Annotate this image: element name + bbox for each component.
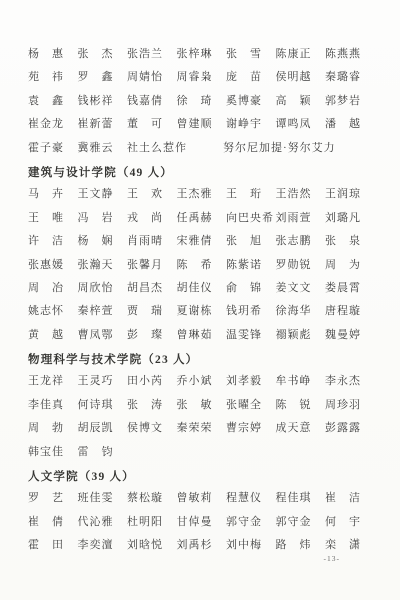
student-name: 何 宇	[325, 513, 375, 529]
student-name: 王 唯	[28, 209, 78, 225]
student-name: 王润琼	[325, 185, 375, 201]
roster-row: 马 卉王文静王 欢王杰雅王 珩王浩然王润琼	[28, 185, 378, 208]
student-name: 刘禹杉	[177, 536, 227, 552]
roster-row: 崔金龙崔新蕾董 可曾建顺谢峥宇谭鸣凤潘 越	[28, 115, 378, 138]
student-name: 李永杰	[325, 372, 375, 388]
student-name: 马 卉	[28, 185, 78, 201]
student-name: 姚志怀	[28, 302, 78, 318]
student-name: 夏谢栋	[177, 302, 227, 318]
student-name: 崔 倩	[28, 513, 78, 529]
student-name: 王龙祥	[28, 372, 78, 388]
student-name: 张 雪	[226, 45, 276, 61]
student-name: 张 旭	[226, 232, 276, 248]
student-name: 雷 钧	[78, 443, 128, 459]
student-name: 侯明越	[276, 68, 326, 84]
student-name: 袁 鑫	[28, 92, 78, 108]
student-name: 钱嘉倩	[127, 92, 177, 108]
roster: 杨 惠张 杰张浩兰张梓琳张 雪陈康正陈燕燕苑 祎罗 鑫周婧怡周睿枭庞 苗侯明越秦…	[28, 45, 378, 560]
student-name: 王灵巧	[78, 372, 128, 388]
student-name: 秦荣荣	[177, 419, 227, 435]
student-name: 曹宗婷	[226, 419, 276, 435]
student-name: 苑 祎	[28, 68, 78, 84]
student-name: 张 敏	[177, 396, 227, 412]
student-name: 罗 艺	[28, 489, 78, 505]
student-name: 陈 锐	[276, 396, 326, 412]
student-name: 社土么惹作	[127, 139, 187, 155]
student-name: 胡佳仪	[177, 279, 227, 295]
roster-row: 韩宝佳雷 钧	[28, 443, 378, 466]
student-name: 徐 琦	[177, 92, 227, 108]
student-name: 向巴央希	[226, 209, 276, 225]
student-name: 冯 岩	[78, 209, 128, 225]
student-name: 陈 希	[177, 256, 227, 272]
roster-row: 周 冶周欣怡胡昌杰胡佳仪俞 锦姜文文娄晨霄	[28, 279, 378, 302]
student-name: 俞 锦	[226, 279, 276, 295]
student-name: 霍 田	[28, 536, 78, 552]
student-name: 张 杰	[78, 45, 128, 61]
student-name: 代沁雅	[78, 513, 128, 529]
roster-row: 罗 艺班佳雯蔡松璇曾敏莉程慧仪程佳琪崔 洁	[28, 489, 378, 512]
student-name: 曾敏莉	[177, 489, 227, 505]
student-name: 霍子豪	[28, 139, 78, 155]
student-name: 杜明阳	[127, 513, 177, 529]
student-name: 刘璐凡	[325, 209, 375, 225]
student-name: 王 珩	[226, 185, 276, 201]
student-name: 张 泉	[325, 232, 375, 248]
student-name: 董 可	[127, 115, 177, 131]
student-name: 冀雅云	[78, 139, 128, 155]
student-name: 胡辰凯	[78, 419, 128, 435]
student-name: 张馨月	[127, 256, 177, 272]
student-name: 刘孝毅	[226, 372, 276, 388]
student-name: 钱彬祥	[78, 92, 128, 108]
student-name: 姜文文	[276, 279, 326, 295]
roster-row: 霍子豪冀雅云社土么惹作努尔尼加提·努尔艾力	[28, 139, 378, 162]
student-name: 秦梓萱	[78, 302, 128, 318]
page-number: -13-	[324, 554, 341, 563]
student-name: 彭 璨	[127, 326, 177, 342]
student-name: 崔新蕾	[78, 115, 128, 131]
student-name: 谭鸣凤	[276, 115, 326, 131]
student-name: 栾 潇	[325, 536, 375, 552]
student-name: 罗勋锐	[276, 256, 326, 272]
student-name: 周珍羽	[325, 396, 375, 412]
student-name: 崔金龙	[28, 115, 78, 131]
student-name: 禤颖彪	[276, 326, 326, 342]
roster-row: 王 唯冯 岩戎 尚任禹赫向巴央希刘雨萱刘璐凡	[28, 209, 378, 232]
roster-row: 张惠媛张瀚天张馨月陈 希陈紫诺罗勋锐周 为	[28, 256, 378, 279]
student-name: 蔡松璇	[127, 489, 177, 505]
student-name: 魏曼婷	[325, 326, 375, 342]
roster-row: 崔 倩代沁雅杜明阳甘倬曼郭守金郭守金何 宇	[28, 513, 378, 536]
student-name: 胡昌杰	[127, 279, 177, 295]
section-heading: 建筑与设计学院（49 人）	[28, 162, 378, 185]
student-name: 郭守金	[276, 513, 326, 529]
student-name: 韩宝佳	[28, 443, 78, 459]
roster-row: 许 洁杨 娴肖雨晴宋雅倩张 旭张志鹏张 泉	[28, 232, 378, 255]
student-name: 高 颖	[276, 92, 326, 108]
roster-row: 袁 鑫钱彬祥钱嘉倩徐 琦奚博豪高 颖郭梦岩	[28, 92, 378, 115]
student-name: 王浩然	[276, 185, 326, 201]
document-page: 杨 惠张 杰张浩兰张梓琳张 雪陈康正陈燕燕苑 祎罗 鑫周婧怡周睿枭庞 苗侯明越秦…	[0, 0, 400, 600]
student-name: 周睿枭	[177, 68, 227, 84]
student-name: 路 炜	[276, 536, 326, 552]
student-name: 娄晨霄	[325, 279, 375, 295]
student-name: 乔小斌	[177, 372, 227, 388]
student-name: 杨 惠	[28, 45, 78, 61]
student-name: 彭露露	[325, 419, 375, 435]
student-name: 肖雨晴	[127, 232, 177, 248]
student-name: 黄 越	[28, 326, 78, 342]
student-name: 甘倬曼	[177, 513, 227, 529]
student-name: 努尔尼加提·努尔艾力	[223, 139, 336, 155]
student-name: 陈燕燕	[325, 45, 375, 61]
section-heading: 人文学院（39 人）	[28, 466, 378, 489]
student-name: 陈紫诺	[226, 256, 276, 272]
student-name: 程慧仪	[226, 489, 276, 505]
student-name: 曾琳茹	[177, 326, 227, 342]
student-name: 潘 越	[325, 115, 375, 131]
student-name: 侯博文	[127, 419, 177, 435]
student-name: 何诗琪	[78, 396, 128, 412]
student-name: 张曜全	[226, 396, 276, 412]
student-name: 刘雨萱	[276, 209, 326, 225]
student-name: 王 欢	[127, 185, 177, 201]
student-name: 周 冶	[28, 279, 78, 295]
roster-row: 王龙祥王灵巧田小芮乔小斌刘孝毅牟书峥李永杰	[28, 372, 378, 395]
student-name: 张 涛	[127, 396, 177, 412]
student-name: 张惠媛	[28, 256, 78, 272]
roster-row: 杨 惠张 杰张浩兰张梓琳张 雪陈康正陈燕燕	[28, 45, 378, 68]
student-name: 许 洁	[28, 232, 78, 248]
student-name: 钱玥希	[226, 302, 276, 318]
student-name: 周 勃	[28, 419, 78, 435]
student-name: 田小芮	[127, 372, 177, 388]
student-name: 曾建顺	[177, 115, 227, 131]
student-name: 周欣怡	[78, 279, 128, 295]
student-name: 罗 鑫	[78, 68, 128, 84]
student-name: 成天意	[276, 419, 326, 435]
student-name: 秦璐睿	[325, 68, 375, 84]
student-name: 崔 洁	[325, 489, 375, 505]
student-name: 周 为	[325, 256, 375, 272]
student-name: 张志鹏	[276, 232, 326, 248]
student-name: 班佳雯	[78, 489, 128, 505]
student-name: 唐程璇	[325, 302, 375, 318]
student-name: 杨 娴	[78, 232, 128, 248]
student-name: 刘中梅	[226, 536, 276, 552]
student-name: 李佳真	[28, 396, 78, 412]
student-name: 张瀚天	[78, 256, 128, 272]
student-name: 王杰雅	[177, 185, 227, 201]
student-name: 程佳琪	[276, 489, 326, 505]
student-name: 贾 瑞	[127, 302, 177, 318]
student-name: 戎 尚	[127, 209, 177, 225]
student-name: 张梓琳	[177, 45, 227, 61]
student-name: 王文静	[78, 185, 128, 201]
roster-row: 李佳真何诗琪张 涛张 敏张曜全陈 锐周珍羽	[28, 396, 378, 419]
student-name: 李奕澶	[78, 536, 128, 552]
student-name: 牟书峥	[276, 372, 326, 388]
student-name: 宋雅倩	[177, 232, 227, 248]
student-name: 郭守金	[226, 513, 276, 529]
student-name: 徐海华	[276, 302, 326, 318]
student-name: 奚博豪	[226, 92, 276, 108]
student-name: 庞 苗	[226, 68, 276, 84]
roster-row: 姚志怀秦梓萱贾 瑞夏谢栋钱玥希徐海华唐程璇	[28, 302, 378, 325]
roster-row: 黄 越曹凤鄂彭 璨曾琳茹温雯锋禤颖彪魏曼婷	[28, 326, 378, 349]
student-name: 任禹赫	[177, 209, 227, 225]
roster-row: 周 勃胡辰凯侯博文秦荣荣曹宗婷成天意彭露露	[28, 419, 378, 442]
student-name: 刘晗悦	[127, 536, 177, 552]
roster-row: 苑 祎罗 鑫周婧怡周睿枭庞 苗侯明越秦璐睿	[28, 68, 378, 91]
student-name: 张浩兰	[127, 45, 177, 61]
student-name: 谢峥宇	[226, 115, 276, 131]
student-name: 温雯锋	[226, 326, 276, 342]
student-name: 陈康正	[276, 45, 326, 61]
student-name: 曹凤鄂	[78, 326, 128, 342]
student-name: 郭梦岩	[325, 92, 375, 108]
student-name: 周婧怡	[127, 68, 177, 84]
section-heading: 物理科学与技术学院（23 人）	[28, 349, 378, 372]
